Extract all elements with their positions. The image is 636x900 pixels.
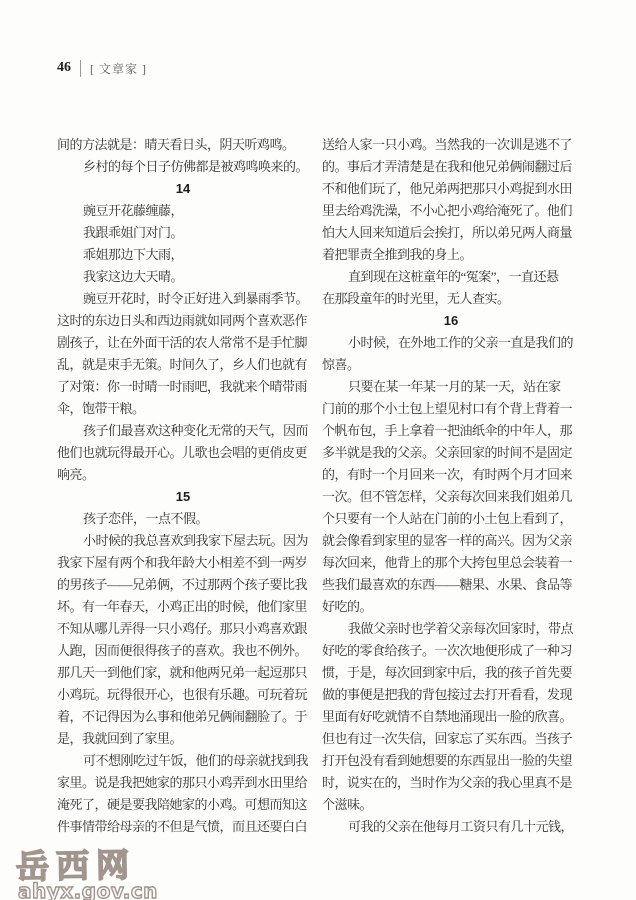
text-line: 好吃的。: [322, 596, 580, 618]
text-line: 可不想刚吃过午饭，他们的母亲就找到我: [57, 750, 309, 772]
text-line: 惯，于是，每次回到家中后，我的孩子首先要: [322, 662, 580, 684]
text-line: 我家下屋有两个和我年龄大小相差不到一两岁: [57, 552, 309, 574]
text-line: 间的方法就是：晴天看日头，阴天听鸡鸣。: [57, 134, 309, 156]
text-line: 里去给鸡洗澡，不小心把小鸡给淹死了。他们: [322, 200, 580, 222]
watermark-url: ahyx.gov.cn: [18, 879, 166, 900]
text-line: 我做父亲时也学着父亲每次回家时，带点: [322, 618, 580, 640]
watermark-logo-text: 岳西网: [16, 839, 167, 889]
text-line: 乖姐那边下大雨，: [57, 244, 309, 266]
text-line: 那几天一到他们家，就和他两兄弟一起逗那只: [57, 662, 309, 684]
text-line: 乱，就是束手无策。时间久了，乡人们也就有: [57, 354, 309, 376]
text-line: 乡村的每个日子仿佛都是被鸡鸣唤来的。: [57, 156, 309, 178]
section-number: 14: [57, 178, 309, 200]
text-line: 但也有过一次失信，回家忘了买东西。当孩子: [322, 728, 580, 750]
watermark: 岳西网 ahyx.gov.cn: [16, 840, 166, 900]
text-line: 怕大人回来知道后会挨打，所以弟兄两人商量: [322, 222, 580, 244]
text-line: 直到现在这桩童年的“冤案”，一直还悬: [322, 266, 580, 288]
text-line: 件事情带给母亲的不但是气愤，而且还要白白: [57, 816, 309, 838]
page-header: 46 [ 文章家 ]: [57, 58, 147, 78]
text-line: 好吃的零食给孩子。一次次地便形成了一种习: [322, 640, 580, 662]
header-divider: [80, 60, 81, 77]
text-line: 每次回来，他背上的那个大挎包里总会装着一: [322, 552, 580, 574]
text-line: 多半就是我的父亲。父亲回家的时间不是固定: [322, 442, 580, 464]
text-line: 做的事便是把我的背包接过去打开看看，发现: [322, 684, 580, 706]
text-line: 家里。说是我把她家的那只小鸡弄到水田里给: [57, 772, 309, 794]
text-line: 不和他们玩了，他兄弟两把那只小鸡捉到水田: [322, 178, 580, 200]
section-number: 16: [322, 310, 580, 332]
text-column-left: 间的方法就是：晴天看日头，阴天听鸡鸣。乡村的每个日子仿佛都是被鸡鸣唤来的。14豌…: [57, 134, 309, 838]
text-line: 些我们最喜欢的东西——糖果、水果、食品等: [322, 574, 580, 596]
text-line: 一次。但不管怎样，父亲每次回来我们姐弟几: [322, 486, 580, 508]
text-line: 坏。有一年春天，小鸡正出的时候，他们家里: [57, 596, 309, 618]
text-line: 可我的父亲在他每月工资只有几十元钱，: [322, 816, 580, 838]
text-line: 剧孩子，让在外面干活的农人常常不是手忙脚: [57, 332, 309, 354]
text-line: 孩子恋伴，一点不假。: [57, 508, 309, 530]
text-line: 送给人家一只小鸡。当然我的一次训是逃不了: [322, 134, 580, 156]
document-page: 46 [ 文章家 ] 间的方法就是：晴天看日头，阴天听鸡鸣。乡村的每个日子仿佛都…: [0, 0, 636, 900]
text-line: 时，说实在的，当时作为父亲的我心里真不是: [322, 772, 580, 794]
text-line: 豌豆开花藤缠藤，: [57, 200, 309, 222]
text-line: 个滋味。: [322, 794, 580, 816]
text-line: 是，我就回到了家里。: [57, 728, 309, 750]
text-line: 小鸡玩。玩得很开心，也很有乐趣。可玩着玩: [57, 684, 309, 706]
text-line: 个只要有一个人站在门前的小土包上看到了，: [322, 508, 580, 530]
text-line: 惊喜。: [322, 354, 580, 376]
text-line: 小时候，在外地工作的父亲一直是我们的: [322, 332, 580, 354]
text-column-right: 送给人家一只小鸡。当然我的一次训是逃不了的。事后才弄清楚是在我和他兄弟俩闹翻过后…: [322, 134, 580, 838]
text-line: 我跟乖姐门对门。: [57, 222, 309, 244]
text-line: 他们也就玩得最开心。儿歌也会唱的更俏皮更: [57, 442, 309, 464]
text-line: 的。事后才弄清楚是在我和他兄弟俩闹翻过后: [322, 156, 580, 178]
text-line: 淹死了，硬是要我陪她家的小鸡。可想而知这: [57, 794, 309, 816]
text-line: 里面有好吃就情不自禁地涌现出一脸的欣喜。: [322, 706, 580, 728]
text-line: 伞，饱带干粮。: [57, 398, 309, 420]
text-line: 这时的东边日头和西边雨就如同两个喜欢恶作: [57, 310, 309, 332]
text-line: 不知从哪儿弄得一只小鸡仔。那只小鸡喜欢跟: [57, 618, 309, 640]
text-line: 着，不记得因为么事和他弟兄俩闹翻脸了。于: [57, 706, 309, 728]
text-line: 的，有时一个月回来一次，有时两个月才回来: [322, 464, 580, 486]
section-label: [ 文章家 ]: [90, 60, 147, 77]
text-line: 门前的那个小土包上望见村口有个背上背着一: [322, 398, 580, 420]
text-line: 响亮。: [57, 464, 309, 486]
text-line: 在那段童年的时光里，无人查实。: [322, 288, 580, 310]
page-number: 46: [57, 60, 71, 76]
section-number: 15: [57, 486, 309, 508]
text-line: 了对策：你一时晴一时雨吧，我就来个晴带雨: [57, 376, 309, 398]
text-line: 打开包没有看到她想要的东西显出一脸的失望: [322, 750, 580, 772]
text-line: 人跑，因而便很得孩子的喜欢。我也不例外。: [57, 640, 309, 662]
text-line: 小时候的我总喜欢到我家下屋去玩。因为: [57, 530, 309, 552]
text-line: 豌豆开花时，时令正好进入到暴雨季节。: [57, 288, 309, 310]
text-line: 的男孩子——兄弟俩，不过那两个孩子要比我: [57, 574, 309, 596]
text-line: 就会像看到家里的显客一样的高兴。因为父亲: [322, 530, 580, 552]
text-line: 个帆布包，手上拿着一把油纸伞的中年人，那: [322, 420, 580, 442]
text-line: 孩子们最喜欢这种变化无常的天气，因而: [57, 420, 309, 442]
text-line: 我家这边大天晴。: [57, 266, 309, 288]
text-line: 只要在某一年某一月的某一天，站在家: [322, 376, 580, 398]
text-line: 着把罪责全推到我的身上。: [322, 244, 580, 266]
